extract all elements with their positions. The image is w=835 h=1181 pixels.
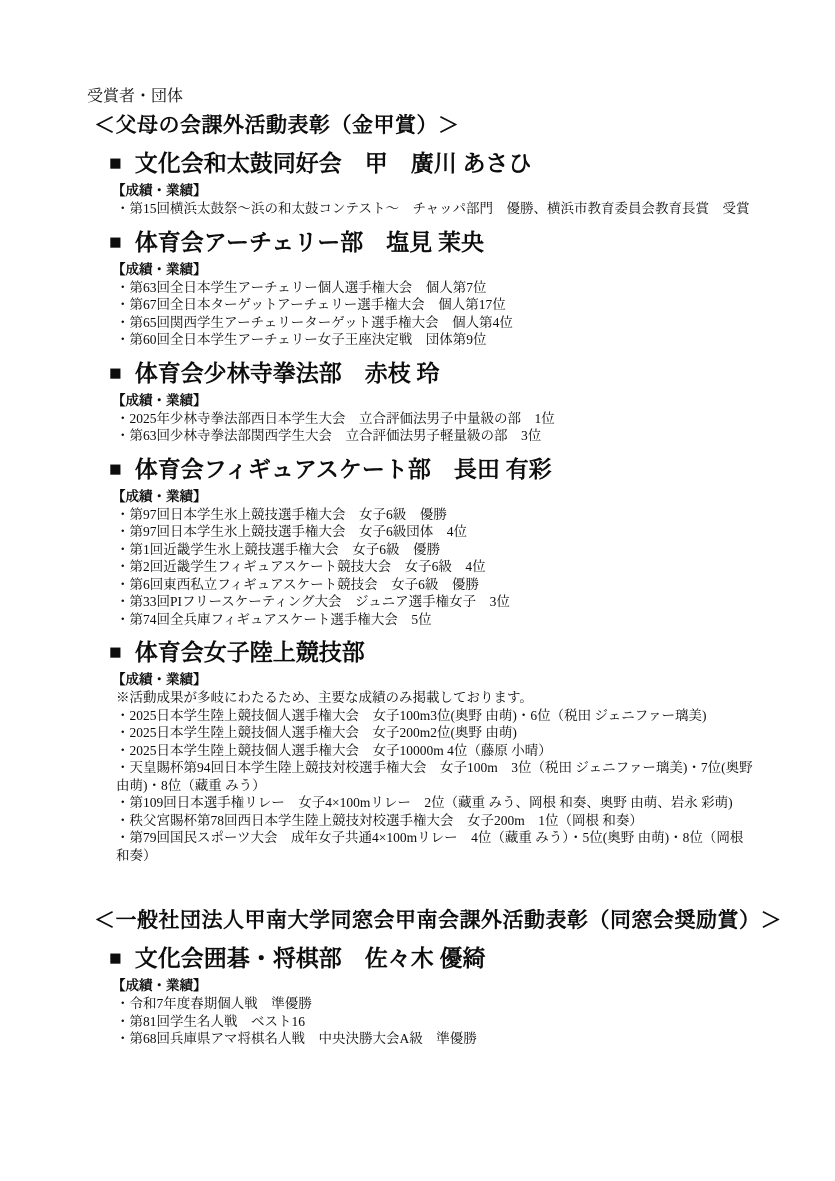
square-bullet-icon: ■ — [109, 358, 122, 388]
achievement-item: ・第60回全日本学生アーチェリー女子王座決定戦 団体第9位 — [116, 331, 758, 349]
achievement-item: ・第33回PIフリースケーティング大会 ジュニア選手権女子 3位 — [116, 593, 758, 611]
results-heading: 【成績・業績】 — [112, 261, 835, 278]
achievement-item: ・2025日本学生陸上競技個人選手権大会 女子100m3位(奥野 由萌)・6位（… — [116, 707, 758, 725]
achievement-item: ・2025日本学生陸上競技個人選手権大会 女子10000m 4位（藤原 小晴） — [116, 742, 758, 760]
achievement-item: ・第15回横浜太鼓祭～浜の和太鼓コンテスト～ チャッパ部門 優勝、横浜市教育委員… — [116, 200, 758, 218]
entry-title-text: 体育会アーチェリー部 塩見 茉央 — [135, 230, 484, 255]
results-heading: 【成績・業績】 — [112, 671, 835, 688]
entry-title: ■体育会フィギュアスケート部 長田 有彩 — [109, 455, 835, 485]
entry-title: ■体育会アーチェリー部 塩見 茉央 — [109, 228, 835, 258]
square-bullet-icon: ■ — [109, 454, 122, 484]
award-section: ＜父母の会課外活動表彰（金甲賞）＞■文化会和太鼓同好会 甲 廣川 あさひ【成績・… — [87, 111, 835, 864]
achievement-item: ・第67回全日本ターゲットアーチェリー選手権大会 個人第17位 — [116, 296, 758, 314]
award-entry: ■体育会フィギュアスケート部 長田 有彩【成績・業績】・第97回日本学生氷上競技… — [87, 455, 835, 629]
entry-title: ■文化会囲碁・将棋部 佐々木 優綺 — [109, 944, 835, 974]
entry-title-text: 文化会囲碁・将棋部 佐々木 優綺 — [135, 946, 486, 971]
achievement-item: ・第74回全兵庫フィギュアスケート選手権大会 5位 — [116, 611, 758, 629]
entry-title-text: 体育会女子陸上競技部 — [135, 640, 365, 665]
achievement-item: ・第97回日本学生氷上競技選手権大会 女子6級 優勝 — [116, 506, 758, 524]
sections-container: ＜父母の会課外活動表彰（金甲賞）＞■文化会和太鼓同好会 甲 廣川 あさひ【成績・… — [87, 111, 835, 1048]
section-title: ＜父母の会課外活動表彰（金甲賞）＞ — [94, 111, 835, 139]
entry-title-text: 文化会和太鼓同好会 甲 廣川 あさひ — [135, 151, 532, 176]
achievement-item: ・第109回日本選手権リレー 女子4×100mリレー 2位（藏重 みう、岡根 和… — [116, 794, 758, 812]
achievement-item: ・第68回兵庫県アマ将棋名人戦 中央決勝大会A級 準優勝 — [116, 1030, 758, 1048]
achievement-item: ・第63回全日本学生アーチェリー個人選手権大会 個人第7位 — [116, 279, 758, 297]
achievement-item: ・秩父宮賜杯第78回西日本学生陸上競技対校選手権大会 女子200m 1位（岡根 … — [116, 812, 758, 830]
results-heading: 【成績・業績】 — [112, 182, 835, 199]
entry-title-text: 体育会少林寺拳法部 赤枝 玲 — [135, 361, 440, 386]
results-heading: 【成績・業績】 — [112, 488, 835, 505]
entry-note: ※活動成果が多岐にわたるため、主要な成績のみ掲載しております。 — [116, 689, 758, 707]
achievement-item: ・2025日本学生陸上競技個人選手権大会 女子200m2位(奥野 由萌) — [116, 724, 758, 742]
award-entry: ■体育会少林寺拳法部 赤枝 玲【成績・業績】・2025年少林寺拳法部西日本学生大… — [87, 359, 835, 445]
award-entry: ■体育会アーチェリー部 塩見 茉央【成績・業績】・第63回全日本学生アーチェリー… — [87, 228, 835, 349]
achievement-item: ・第65回関西学生アーチェリーターゲット選手権大会 個人第4位 — [116, 314, 758, 332]
entry-title: ■文化会和太鼓同好会 甲 廣川 あさひ — [109, 149, 835, 179]
achievement-item: ・2025年少林寺拳法部西日本学生大会 立合評価法男子中量級の部 1位 — [116, 410, 758, 428]
achievement-item: ・第63回少林寺拳法部関西学生大会 立合評価法男子軽量級の部 3位 — [116, 427, 758, 445]
results-heading: 【成績・業績】 — [112, 392, 835, 409]
entry-title-text: 体育会フィギュアスケート部 長田 有彩 — [135, 457, 552, 482]
achievement-item: ・第81回学生名人戦 ベスト16 — [116, 1013, 758, 1031]
achievement-item: ・第79回国民スポーツ大会 成年女子共通4×100mリレー 4位（藏重 みう）・… — [116, 829, 758, 864]
section-title: ＜一般社団法人甲南大学同窓会甲南会課外活動表彰（同窓会奨励賞）＞ — [94, 906, 835, 934]
achievement-item: ・第1回近畿学生氷上競技選手権大会 女子6級 優勝 — [116, 541, 758, 559]
award-section: ＜一般社団法人甲南大学同窓会甲南会課外活動表彰（同窓会奨励賞）＞■文化会囲碁・将… — [87, 906, 835, 1048]
award-entry: ■文化会囲碁・将棋部 佐々木 優綺【成績・業績】・令和7年度春期個人戦 準優勝・… — [87, 944, 835, 1048]
page-title: 受賞者・団体 — [87, 86, 835, 107]
achievement-item: ・第6回東西私立フィギュアスケート競技会 女子6級 優勝 — [116, 576, 758, 594]
achievement-item: ・第2回近畿学生フィギュアスケート競技大会 女子6級 4位 — [116, 558, 758, 576]
entry-title: ■体育会少林寺拳法部 赤枝 玲 — [109, 359, 835, 389]
achievement-item: ・第97回日本学生氷上競技選手権大会 女子6級団体 4位 — [116, 523, 758, 541]
award-entry: ■文化会和太鼓同好会 甲 廣川 あさひ【成績・業績】・第15回横浜太鼓祭～浜の和… — [87, 149, 835, 218]
entry-title: ■体育会女子陸上競技部 — [109, 638, 835, 668]
square-bullet-icon: ■ — [109, 148, 122, 178]
document-page: 受賞者・団体 ＜父母の会課外活動表彰（金甲賞）＞■文化会和太鼓同好会 甲 廣川 … — [0, 0, 835, 1181]
achievement-item: ・天皇賜杯第94回日本学生陸上競技対校選手権大会 女子100m 3位（税田 ジェ… — [116, 759, 758, 794]
square-bullet-icon: ■ — [109, 637, 122, 667]
square-bullet-icon: ■ — [109, 943, 122, 973]
results-heading: 【成績・業績】 — [112, 977, 835, 994]
award-entry: ■体育会女子陸上競技部【成績・業績】※活動成果が多岐にわたるため、主要な成績のみ… — [87, 638, 835, 864]
achievement-item: ・令和7年度春期個人戦 準優勝 — [116, 995, 758, 1013]
square-bullet-icon: ■ — [109, 227, 122, 257]
